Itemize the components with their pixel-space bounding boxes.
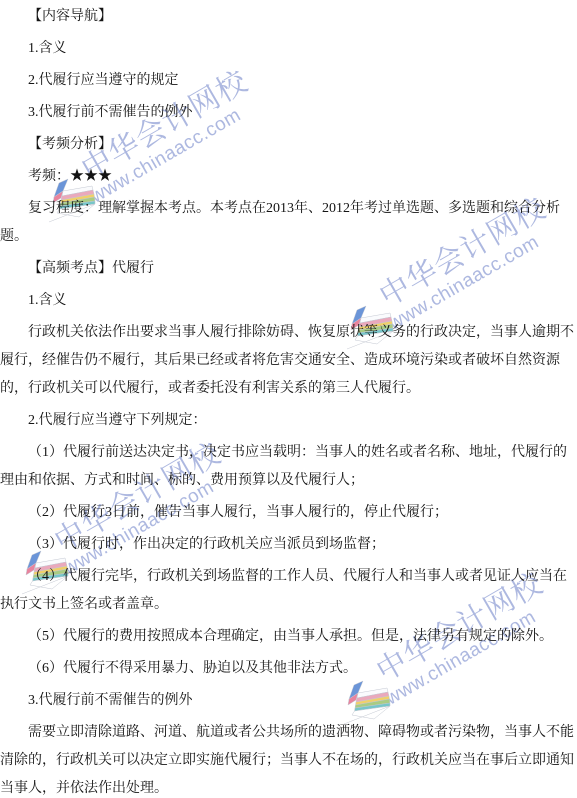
paragraph: 【考频分析】 xyxy=(0,131,577,159)
paragraph: 1.含义 xyxy=(0,287,577,315)
paragraph: （2）代履行3日前，催告当事人履行，当事人履行的，停止代履行； xyxy=(0,499,577,527)
document-body: 【内容导航】 1.含义 2.代履行应当遵守的规定 3.代履行前不需催告的例外 【… xyxy=(0,0,577,798)
paragraph: 3.代履行前不需催告的例外 xyxy=(0,99,577,127)
paragraph: （5）代履行的费用按照成本合理确定，由当事人承担。但是，法律另有规定的除外。 xyxy=(0,623,577,651)
paragraph: 考频：★★★ xyxy=(0,163,577,191)
paragraph: （3）代履行时，作出决定的行政机关应当派员到场监督； xyxy=(0,531,577,559)
paragraph: 需要立即清除道路、河道、航道或者公共场所的遗洒物、障碍物或者污染物，当事人不能清… xyxy=(0,719,577,798)
paragraph: 3.代履行前不需催告的例外 xyxy=(0,687,577,715)
study-notes-page: { "page": { "background": "#ffffff", "te… xyxy=(0,0,577,798)
paragraph: 2.代履行应当遵守的规定 xyxy=(0,67,577,95)
paragraph: 复习程度：理解掌握本考点。本考点在2013年、2012年考过单选题、多选题和综合… xyxy=(0,195,577,251)
paragraph: 1.含义 xyxy=(0,35,577,63)
paragraph: 【高频考点】代履行 xyxy=(0,255,577,283)
paragraph: 【内容导航】 xyxy=(0,3,577,31)
paragraph: 行政机关依法作出要求当事人履行排除妨碍、恢复原状等义务的行政决定，当事人逾期不履… xyxy=(0,319,577,403)
paragraph: （1）代履行前送达决定书，决定书应当载明：当事人的姓名或者名称、地址，代履行的理… xyxy=(0,439,577,495)
paragraph: 2.代履行应当遵守下列规定： xyxy=(0,407,577,435)
paragraph: （4）代履行完毕，行政机关到场监督的工作人员、代履行人和当事人或者见证人应当在执… xyxy=(0,563,577,619)
paragraph: （6）代履行不得采用暴力、胁迫以及其他非法方式。 xyxy=(0,655,577,683)
